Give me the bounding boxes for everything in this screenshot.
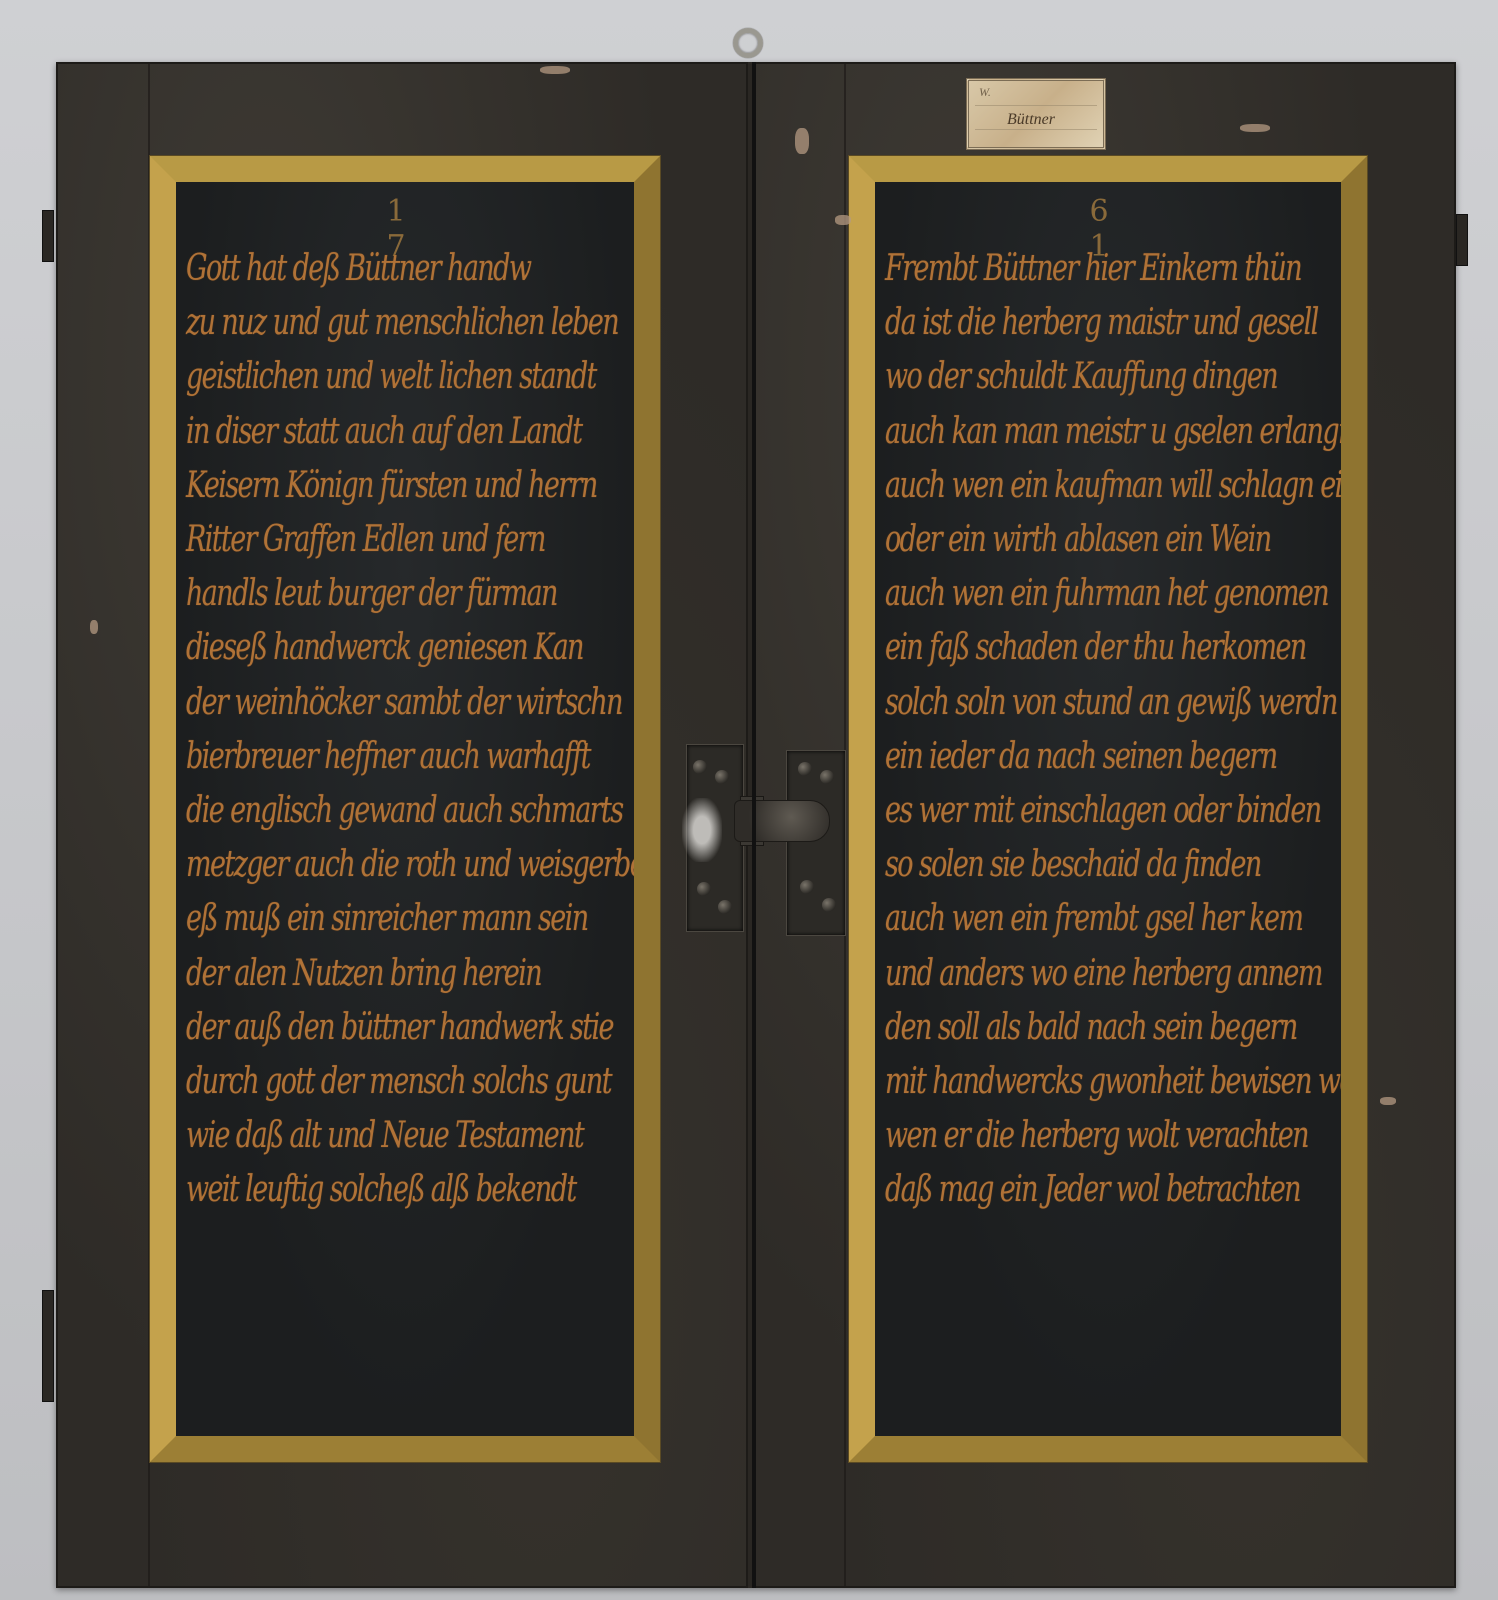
paint-chip xyxy=(90,620,98,634)
inscription-line: weit leuftig solcheß alß bekendt xyxy=(186,1154,626,1227)
right-hinge-tab xyxy=(1456,214,1468,266)
paint-chip xyxy=(540,66,570,74)
label-rule xyxy=(975,129,1097,130)
paint-loss-patch xyxy=(682,798,722,862)
hanging-ring-icon xyxy=(733,28,763,58)
inscription-line: daß mag ein Jeder wol betrachten xyxy=(885,1154,1333,1227)
door-gap xyxy=(752,62,756,1588)
rivet-icon xyxy=(693,760,707,774)
paint-chip xyxy=(795,128,809,154)
left-door: 1 7 Gott hat deß Büttner handw zu nuz un… xyxy=(56,62,748,1588)
label-rule xyxy=(975,105,1097,106)
right-inscription-panel: 6 1 Frembt Büttner hier Einkern thün da … xyxy=(875,182,1341,1436)
paint-chip xyxy=(1380,1097,1396,1105)
left-hinge-tab xyxy=(42,210,54,262)
paint-chip xyxy=(1240,124,1270,132)
label-line-2: Büttner xyxy=(1007,111,1055,129)
rivet-icon xyxy=(798,762,812,776)
right-gilt-frame: 6 1 Frembt Büttner hier Einkern thün da … xyxy=(849,156,1367,1462)
lock-hasp-icon xyxy=(734,800,830,842)
left-inscription-panel: 1 7 Gott hat deß Büttner handw zu nuz un… xyxy=(176,182,634,1436)
paper-label: W. Büttner xyxy=(966,78,1106,150)
paint-chip xyxy=(835,215,851,225)
rivet-icon xyxy=(697,882,711,896)
right-door: 6 1 Frembt Büttner hier Einkern thün da … xyxy=(754,62,1456,1588)
rivet-icon xyxy=(718,900,732,914)
rivet-icon xyxy=(820,770,834,784)
rivet-icon xyxy=(822,898,836,912)
rivet-icon xyxy=(715,770,729,784)
left-hinge-tab-lower xyxy=(42,1290,54,1402)
left-gilt-frame: 1 7 Gott hat deß Büttner handw zu nuz un… xyxy=(150,156,660,1462)
lock-plate-right xyxy=(786,750,846,936)
rivet-icon xyxy=(800,880,814,894)
label-line-1: W. xyxy=(979,85,991,100)
